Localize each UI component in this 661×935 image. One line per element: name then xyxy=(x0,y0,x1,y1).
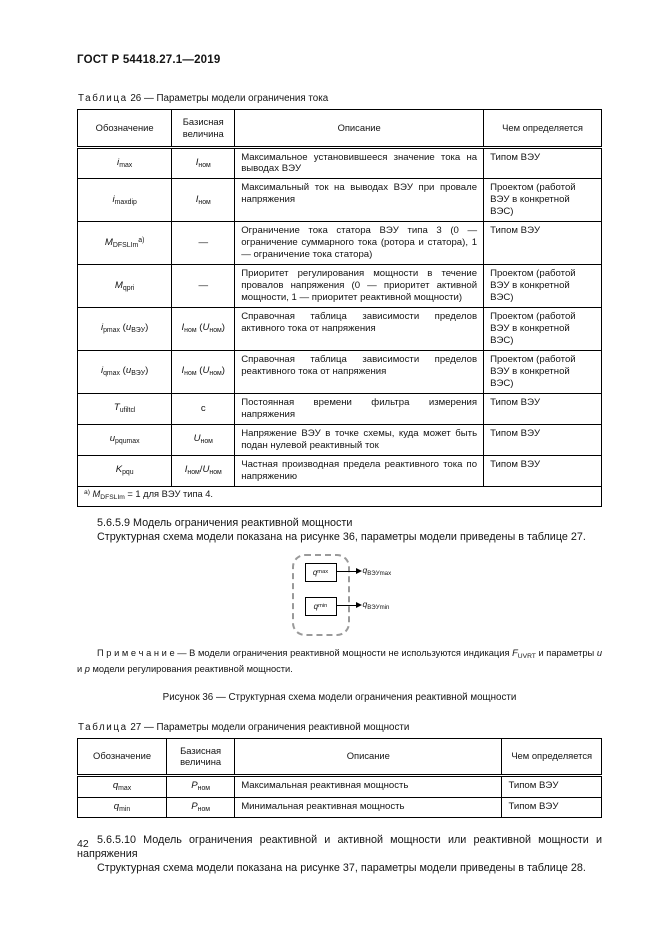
table26-header-row: Обозначение Базисная величина Описание Ч… xyxy=(78,110,602,148)
table-cell: Iном/Uном xyxy=(172,456,235,487)
table-cell: Напряжение ВЭУ в точке схемы, куда может… xyxy=(235,425,484,456)
document-page: ГОСТ Р 54418.27.1—2019 Таблица 26 — Пара… xyxy=(0,0,661,935)
table26-footnote-row: a) MDFSLIm = 1 для ВЭУ типа 4. xyxy=(78,487,602,506)
figure36-caption: Рисунок 36 — Структурная схема модели ог… xyxy=(77,691,602,705)
table-26: Обозначение Базисная величина Описание Ч… xyxy=(77,109,602,507)
table-cell: Типом ВЭУ xyxy=(502,797,602,818)
table27-caption-word: Таблица xyxy=(78,722,128,733)
table-cell: Проектом (работой ВЭУ в конкретной ВЭС) xyxy=(484,265,602,308)
doc-header: ГОСТ Р 54418.27.1—2019 xyxy=(77,54,602,66)
qmin-block: qmin xyxy=(305,597,337,616)
table-cell: Минимальная реактивная мощность xyxy=(235,797,502,818)
qmin-output-label: qВЭУmin xyxy=(363,599,390,611)
table-cell: Справочная таблица зависимости пределов … xyxy=(235,308,484,351)
table-cell: Iном (Uном) xyxy=(172,351,235,394)
table-cell: Pном xyxy=(167,797,235,818)
table-cell: Справочная таблица зависимости пределов … xyxy=(235,351,484,394)
table-cell: Ограничение тока статора ВЭУ типа 3 (0 —… xyxy=(235,222,484,265)
table-cell: iqmax (uВЭУ) xyxy=(78,351,172,394)
table-cell: imaxdip xyxy=(78,179,172,222)
table-row: imaxIномМаксимальное установившееся знач… xyxy=(78,147,602,179)
table-row: KpquIном/UномЧастная производная предела… xyxy=(78,456,602,487)
figure36-diagram: qmax qВЭУmax qmin qВЭУmin xyxy=(274,552,406,638)
table-row: MDFSLIma)—Ограничение тока статора ВЭУ т… xyxy=(78,222,602,265)
table-cell: Типом ВЭУ xyxy=(484,222,602,265)
table-cell: — xyxy=(172,265,235,308)
table-cell: Uном xyxy=(172,425,235,456)
table-row: upqumaxUномНапряжение ВЭУ в точке схемы,… xyxy=(78,425,602,456)
table-cell: Максимальное установившееся значение ток… xyxy=(235,147,484,179)
table26-header-description: Описание xyxy=(235,110,484,148)
table27-header-definedby: Чем определяется xyxy=(502,738,602,776)
table-27: Обозначение Базисная величина Описание Ч… xyxy=(77,738,602,819)
table-cell: Kpqu xyxy=(78,456,172,487)
page-number: 42 xyxy=(77,838,89,850)
table-cell: Постоянная времени фильтра измерения нап… xyxy=(235,394,484,425)
table-row: imaxdipIномМаксимальный ток на выводах В… xyxy=(78,179,602,222)
table-cell: ipmax (uВЭУ) xyxy=(78,308,172,351)
table-cell: qmax xyxy=(78,776,167,798)
table-cell: Типом ВЭУ xyxy=(484,456,602,487)
table-cell: Частная производная предела реактивного … xyxy=(235,456,484,487)
table-cell: imax xyxy=(78,147,172,179)
section-5-6-5-10-body: Структурная схема модели показана на рис… xyxy=(77,861,602,875)
table26-caption: Таблица 26 — Параметры модели ограничени… xyxy=(78,93,602,104)
table26-header-base: Базисная величина xyxy=(172,110,235,148)
qmin-output-arrow xyxy=(336,605,360,606)
table26-caption-title: 26 — Параметры модели ограничения тока xyxy=(130,93,328,104)
table27-caption-title: 27 — Параметры модели ограничения реакти… xyxy=(130,722,409,733)
table-cell: Iном xyxy=(172,147,235,179)
table-cell: — xyxy=(172,222,235,265)
table-cell: Проектом (работой ВЭУ в конкретной ВЭС) xyxy=(484,308,602,351)
table-cell: Максимальная реактивная мощность xyxy=(235,776,502,798)
table26-header-definedby: Чем определяется xyxy=(484,110,602,148)
table27-header-symbol: Обозначение xyxy=(78,738,167,776)
table-cell: Типом ВЭУ xyxy=(502,776,602,798)
table-cell: Типом ВЭУ xyxy=(484,394,602,425)
table-cell: Проектом (работой ВЭУ в конкретной ВЭС) xyxy=(484,351,602,394)
table27-header-base: Базисная величина xyxy=(167,738,235,776)
table-cell: Проектом (работой ВЭУ в конкретной ВЭС) xyxy=(484,179,602,222)
table-cell: Типом ВЭУ xyxy=(484,425,602,456)
table-cell: Mqpri xyxy=(78,265,172,308)
table-cell: Типом ВЭУ xyxy=(484,147,602,179)
table-row: qmaxPномМаксимальная реактивная мощность… xyxy=(78,776,602,798)
table-row: ipmax (uВЭУ)Iном (Uном)Справочная таблиц… xyxy=(78,308,602,351)
table26-caption-word: Таблица xyxy=(78,93,128,104)
table27-header-description: Описание xyxy=(235,738,502,776)
table26-footnote: a) MDFSLIm = 1 для ВЭУ типа 4. xyxy=(78,487,602,506)
table-cell: Iном xyxy=(172,179,235,222)
table-cell: Приоритет регулирования мощности в течен… xyxy=(235,265,484,308)
section-5-6-5-9-body: Структурная схема модели показана на рис… xyxy=(77,530,602,544)
table26-header-symbol: Обозначение xyxy=(78,110,172,148)
table-row: qminPномМинимальная реактивная мощностьТ… xyxy=(78,797,602,818)
table-cell: qmin xyxy=(78,797,167,818)
qmax-output-arrow xyxy=(336,571,360,572)
table-row: iqmax (uВЭУ)Iном (Uном)Справочная таблиц… xyxy=(78,351,602,394)
table-row: Mqpri—Приоритет регулирования мощности в… xyxy=(78,265,602,308)
table-cell: Pном xyxy=(167,776,235,798)
table27-caption: Таблица 27 — Параметры модели ограничени… xyxy=(78,722,602,733)
qmax-block: qmax xyxy=(305,563,337,582)
table-cell: upqumax xyxy=(78,425,172,456)
section-5-6-5-9-heading: 5.6.5.9 Модель ограничения реактивной мо… xyxy=(77,516,602,530)
section-5-6-5-10-heading: 5.6.5.10 Модель ограничения реактивной и… xyxy=(77,833,602,861)
table-cell: с xyxy=(172,394,235,425)
table-cell: Iном (Uном) xyxy=(172,308,235,351)
table-cell: Tufiltcl xyxy=(78,394,172,425)
table-row: TufiltclсПостоянная времени фильтра изме… xyxy=(78,394,602,425)
table-cell: Максимальный ток на выводах ВЭУ при пров… xyxy=(235,179,484,222)
figure36-note: П р и м е ч а н и е — В модели ограничен… xyxy=(77,647,602,676)
qmax-output-label: qВЭУmax xyxy=(363,565,392,577)
table-cell: MDFSLIma) xyxy=(78,222,172,265)
table27-header-row: Обозначение Базисная величина Описание Ч… xyxy=(78,738,602,776)
